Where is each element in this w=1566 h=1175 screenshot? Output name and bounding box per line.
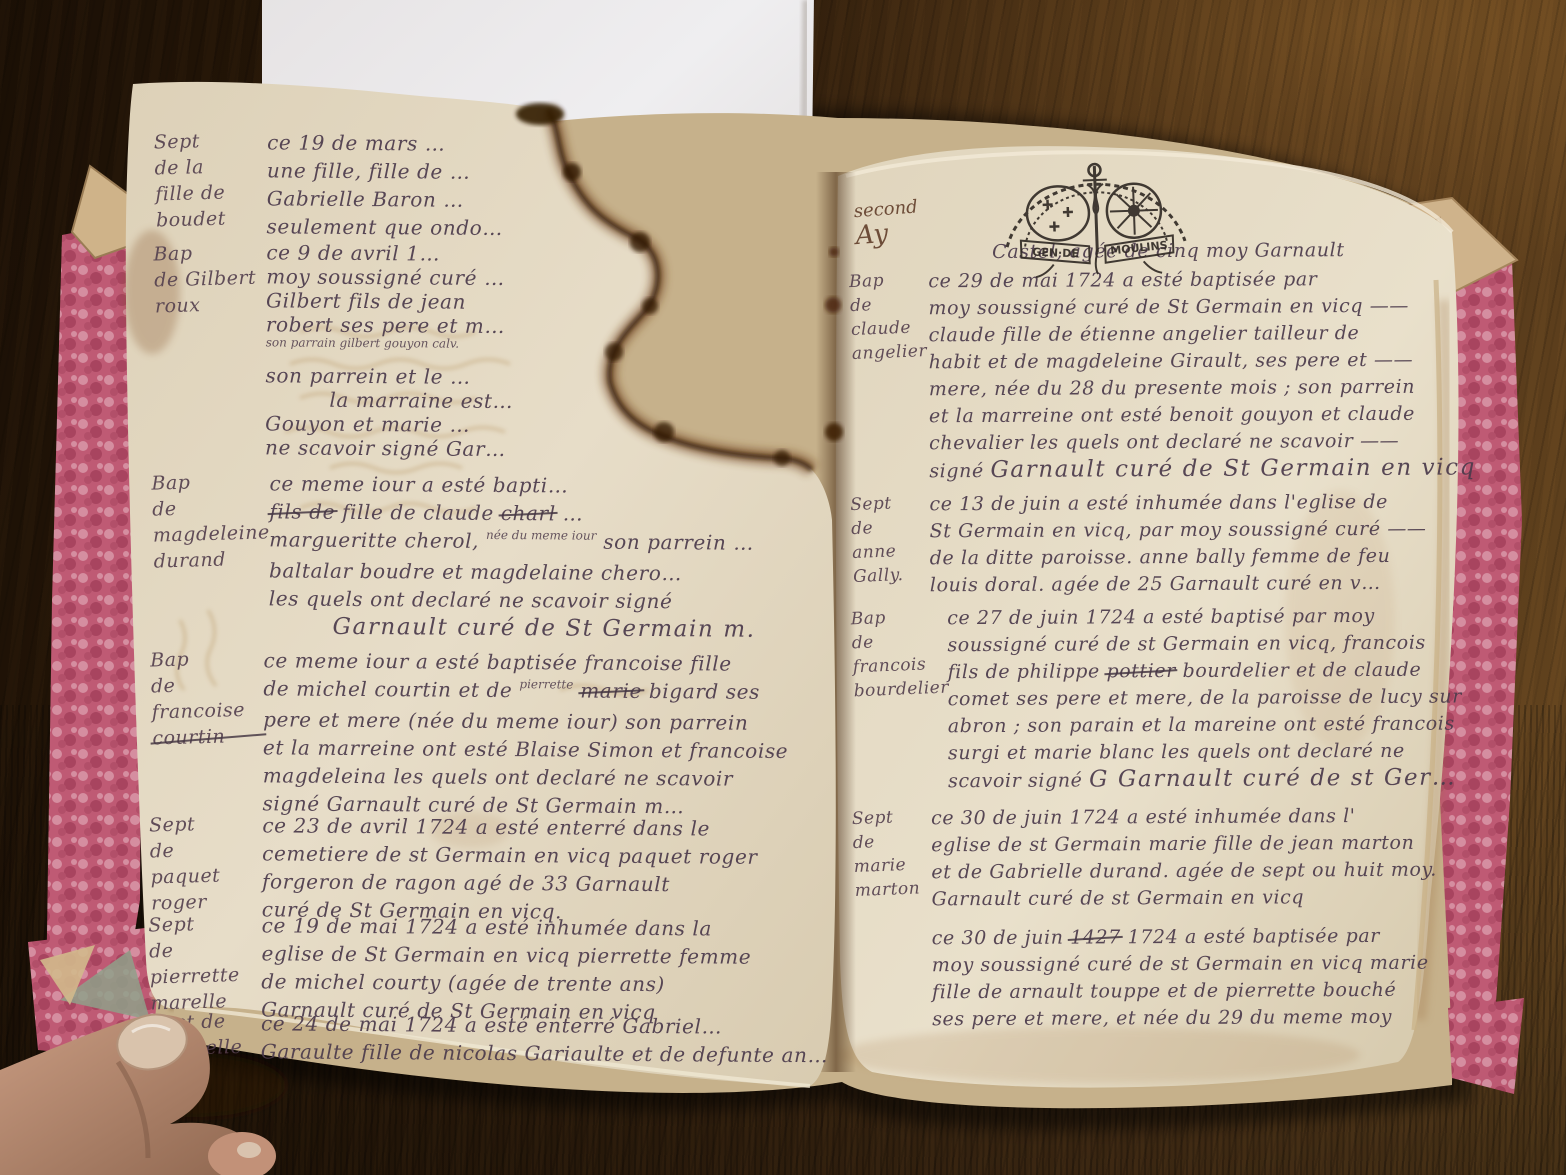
hand-layer <box>0 0 1566 1175</box>
photo-of-parish-register: Septde lafille deboudetce 19 de mars …un… <box>0 0 1566 1175</box>
fingertip-nail <box>237 1142 261 1158</box>
